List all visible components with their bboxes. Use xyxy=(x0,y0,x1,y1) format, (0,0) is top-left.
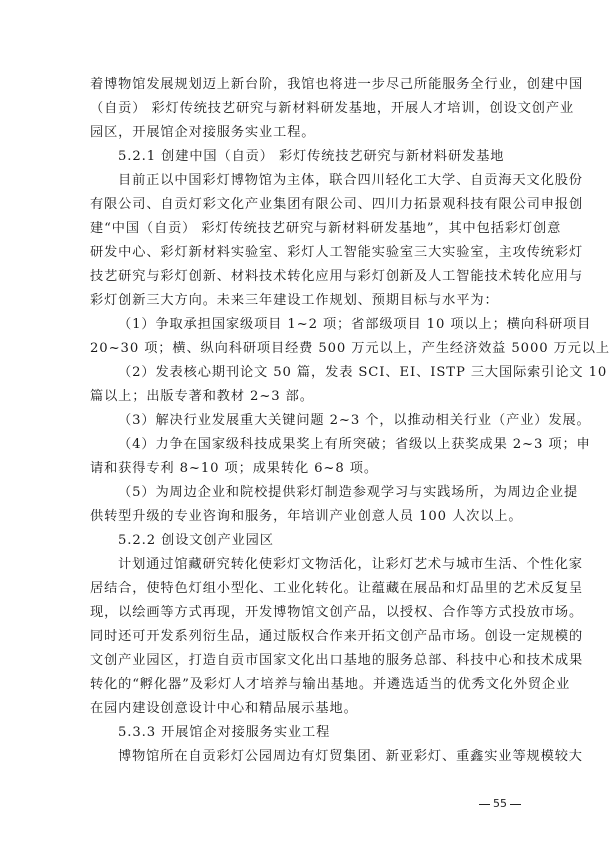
goal-item-4: （4）力争在国家级科技成果奖上有所突破；省级以上获奖成果 2~3 项；申 xyxy=(90,433,517,457)
text-line: 技艺研究与彩灯创新、材料技术转化应用与彩灯创新及人工智能技术转化应用与 xyxy=(90,265,517,289)
text-line: 建“中国（自贡） 彩灯传统技艺研究与新材料研发基地”，其中包括彩灯创意 xyxy=(90,217,517,241)
text-line: 转化的“孵化器”及彩灯人才培养与输出基地。并遴选适当的优秀文化外贸企业 xyxy=(90,673,517,697)
text-line: 彩灯创新三大方向。未来三年建设工作规划、预期目标与水平为： xyxy=(90,289,517,313)
dash-right xyxy=(510,804,521,805)
dash-left xyxy=(479,804,490,805)
text-line: 同时还可开发系列衍生品，通过版权合作来开拓文创产品市场。创设一定规模的 xyxy=(90,625,517,649)
section-heading-5-3-3: 5.3.3 开展馆企对接服务实业工程 xyxy=(90,721,517,745)
text-line: 文创产业园区，打造自贡市国家文化出口基地的服务总部、科技中心和技术成果 xyxy=(90,649,517,673)
page-number-value: 55 xyxy=(493,797,507,810)
text-line: 20~30 项；横、纵向科研项目经费 500 万元以上，产生经济效益 5000 … xyxy=(90,337,517,361)
text-line: 现，以绘画等方式再现，开发博物馆文创产品，以授权、合作等方式投放市场。 xyxy=(90,601,517,625)
text-line: 博物馆所在自贡彩灯公园周边有灯贸集团、新亚彩灯、重鑫实业等规模较大 xyxy=(90,745,517,769)
text-line: 有限公司、自贡灯彩文化产业集团有限公司、四川力拓景观科技有限公司申报创 xyxy=(90,193,517,217)
goal-item-5: （5）为周边企业和院校提供彩灯制造参观学习与实践场所，为周边企业提 xyxy=(90,481,517,505)
text-line: 请和获得专利 8~10 项；成果转化 6~8 项。 xyxy=(90,457,517,481)
page-number: 55 xyxy=(470,797,530,810)
goal-item-3: （3）解决行业发展重大关键问题 2~3 个，以推动相关行业（产业）发展。 xyxy=(90,409,517,433)
goal-item-1: （1）争取承担国家级项目 1~2 项；省部级项目 10 项以上；横向科研项目 xyxy=(90,313,517,337)
text-line: 供转型升级的专业咨询和服务，年培训产业创意人员 100 人次以上。 xyxy=(90,505,517,529)
text-line: 在园内建设创意设计中心和精品展示基地。 xyxy=(90,697,517,721)
text-line: （自贡） 彩灯传统技艺研究与新材料研发基地，开展人才培训，创设文创产业 xyxy=(90,97,517,121)
text-line: 篇以上；出版专著和教材 2~3 部。 xyxy=(90,385,517,409)
document-page: 着博物馆发展规划迈上新台阶，我馆也将进一步尽己所能服务全行业，创建中国 （自贡）… xyxy=(90,73,517,769)
text-line: 研发中心、彩灯新材料实验室、彩灯人工智能实验室三大实验室，主攻传统彩灯 xyxy=(90,241,517,265)
text-line: 计划通过馆藏研究转化使彩灯文物活化，让彩灯艺术与城市生活、个性化家 xyxy=(90,553,517,577)
text-line: 居结合，使特色灯组小型化、工业化转化。让蕴藏在展品和灯品里的艺术反复呈 xyxy=(90,577,517,601)
text-line: 园区，开展馆企对接服务实业工程。 xyxy=(90,121,517,145)
section-heading-5-2-1: 5.2.1 创建中国（自贡） 彩灯传统技艺研究与新材料研发基地 xyxy=(90,145,517,169)
goal-item-2: （2）发表核心期刊论文 50 篇，发表 SCI、EI、ISTP 三大国际索引论文… xyxy=(90,361,517,385)
section-heading-5-2-2: 5.2.2 创设文创产业园区 xyxy=(90,529,517,553)
text-line: 着博物馆发展规划迈上新台阶，我馆也将进一步尽己所能服务全行业，创建中国 xyxy=(90,73,517,97)
text-line: 目前正以中国彩灯博物馆为主体，联合四川轻化工大学、自贡海天文化股份 xyxy=(90,169,517,193)
